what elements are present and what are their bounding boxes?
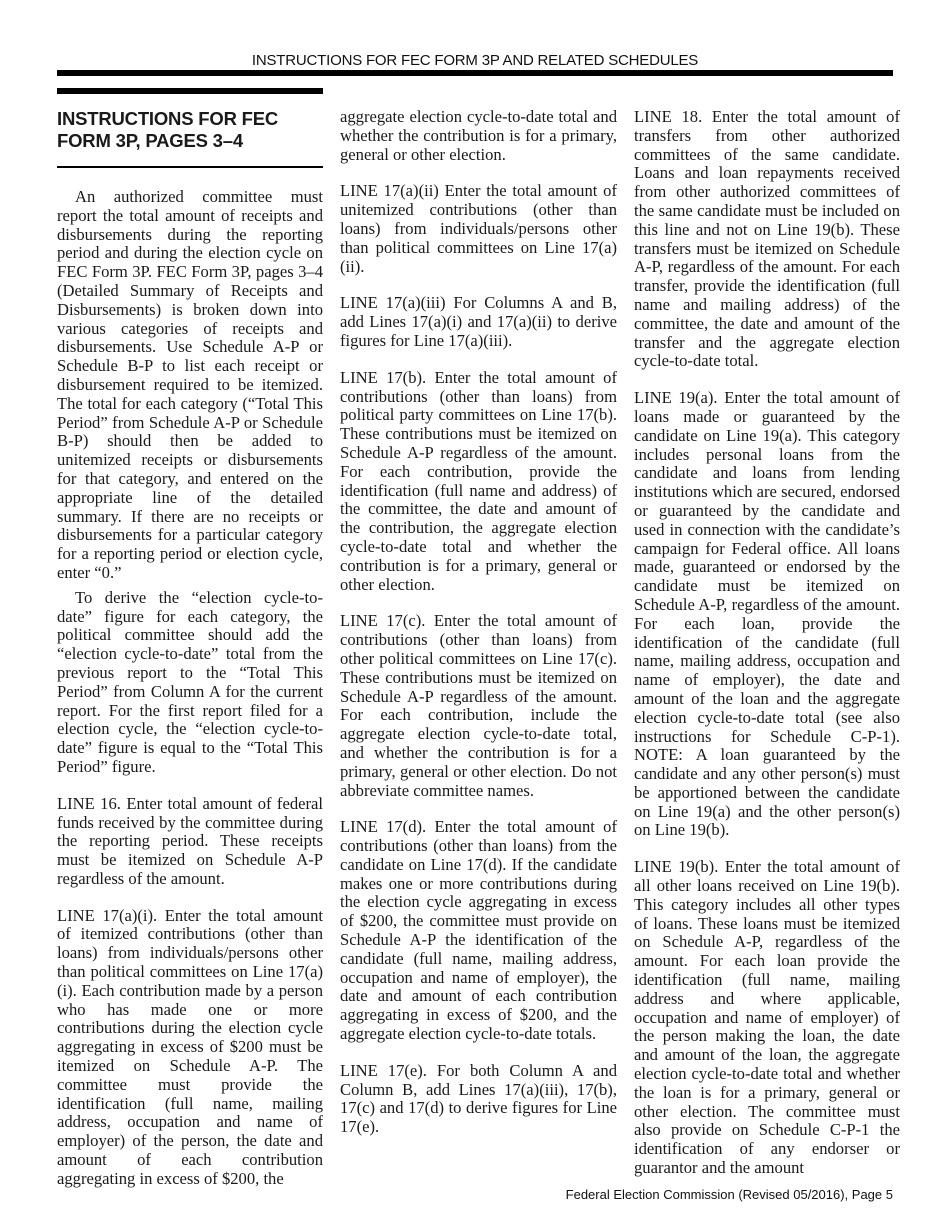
page-footer: Federal Election Commission (Revised 05/… <box>566 1187 893 1202</box>
section-title: INSTRUCTIONS FOR FEC FORM 3P, PAGES 3–4 <box>57 108 323 152</box>
line-17c-paragraph: LINE 17(c). Enter the total amount of co… <box>340 612 617 800</box>
line-17ai-continued: aggregate election cycle-to-date total a… <box>340 108 617 164</box>
line-16-paragraph: LINE 16. Enter total amount of federal f… <box>57 795 323 889</box>
title-rule-bottom <box>57 166 323 168</box>
column-1: INSTRUCTIONS FOR FEC FORM 3P, PAGES 3–4 … <box>57 88 323 1207</box>
line-17ai-paragraph: LINE 17(a)(i). Enter the total amount of… <box>57 907 323 1189</box>
line-17aiii-paragraph: LINE 17(a)(iii) For Columns A and B, add… <box>340 294 617 350</box>
intro-paragraph: An authorized committee must report the … <box>57 188 323 583</box>
line-19b-paragraph: LINE 19(b). Enter the total amount of al… <box>634 858 900 1178</box>
column-3: LINE 18. Enter the total amount of trans… <box>634 108 900 1196</box>
cycle-to-date-paragraph: To derive the “election cycle-to-date” f… <box>57 589 323 777</box>
column-2: aggregate election cycle-to-date total a… <box>340 108 617 1155</box>
header-rule <box>57 70 893 76</box>
line-17d-paragraph: LINE 17(d). Enter the total amount of co… <box>340 818 617 1044</box>
line-19a-paragraph: LINE 19(a). Enter the total amount of lo… <box>634 389 900 840</box>
line-17aii-paragraph: LINE 17(a)(ii) Enter the total amount of… <box>340 182 617 276</box>
title-rule-top <box>57 88 323 94</box>
line-18-paragraph: LINE 18. Enter the total amount of trans… <box>634 108 900 371</box>
line-17e-paragraph: LINE 17(e). For both Column A and Column… <box>340 1062 617 1137</box>
running-header: INSTRUCTIONS FOR FEC FORM 3P AND RELATED… <box>0 52 950 69</box>
line-17b-paragraph: LINE 17(b). Enter the total amount of co… <box>340 369 617 595</box>
